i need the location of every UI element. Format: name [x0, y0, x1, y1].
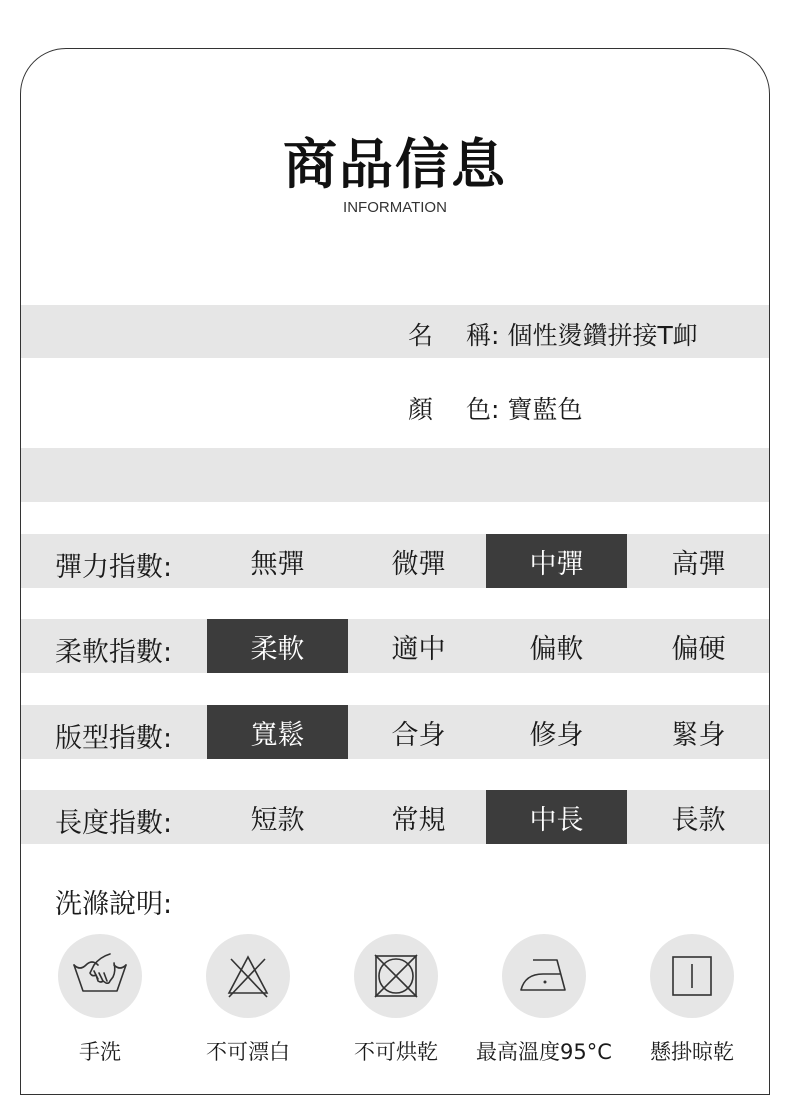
hand-wash-icon: [58, 934, 142, 1018]
fit-option-1: 合身: [348, 705, 489, 759]
line-dry-icon: [650, 934, 734, 1018]
care-label-no-bleach: 不可漂白: [174, 1036, 322, 1066]
care-label-hand-wash: 手洗: [26, 1036, 174, 1066]
length-option-2-selected: 中長: [486, 790, 627, 844]
elasticity-option-2-selected: 中彈: [486, 534, 627, 588]
empty-band: [21, 448, 769, 502]
elasticity-option-1: 微彈: [348, 534, 489, 588]
wash-instructions-title: 洗滌說明:: [55, 882, 172, 921]
color-key-char2: 色:: [466, 390, 499, 426]
care-item-no-tumble-dry: 不可烘乾: [322, 934, 470, 1066]
softness-option-3: 偏硬: [628, 619, 769, 673]
elasticity-option-0: 無彈: [207, 534, 348, 588]
softness-option-1: 適中: [348, 619, 489, 673]
elasticity-label: 彈力指數:: [55, 545, 172, 584]
care-item-line-dry: 懸掛晾乾: [618, 934, 766, 1066]
name-key-char1: 名: [408, 316, 466, 352]
length-label: 長度指數:: [55, 801, 172, 840]
product-color-value: 寶藍色: [507, 395, 582, 424]
product-name-row: 名稱:個性燙鑽拼接T卹: [408, 316, 698, 352]
care-label-iron: 最高溫度95°C: [470, 1036, 618, 1066]
no-bleach-icon: [206, 934, 290, 1018]
iron-icon: [502, 934, 586, 1018]
length-option-1: 常規: [348, 790, 489, 844]
fit-option-0-selected: 寬鬆: [207, 705, 348, 759]
length-option-0: 短款: [207, 790, 348, 844]
softness-option-2: 偏軟: [486, 619, 627, 673]
fit-option-3: 緊身: [628, 705, 769, 759]
care-item-iron: 最高溫度95°C: [470, 934, 618, 1066]
care-label-no-tumble-dry: 不可烘乾: [322, 1036, 470, 1066]
fit-label: 版型指數:: [55, 716, 172, 755]
care-item-hand-wash: 手洗: [26, 934, 174, 1066]
product-name-value: 個性燙鑽拼接T卹: [507, 321, 697, 350]
page-subtitle: INFORMATION: [0, 199, 790, 216]
fit-option-2: 修身: [486, 705, 627, 759]
name-key-char2: 稱:: [466, 316, 499, 352]
length-option-3: 長款: [628, 790, 769, 844]
no-tumble-dry-icon: [354, 934, 438, 1018]
care-item-no-bleach: 不可漂白: [174, 934, 322, 1066]
softness-label: 柔軟指數:: [55, 630, 172, 669]
care-label-line-dry: 懸掛晾乾: [618, 1036, 766, 1066]
softness-option-0-selected: 柔軟: [207, 619, 348, 673]
elasticity-option-3: 高彈: [628, 534, 769, 588]
page-title: 商品信息: [0, 122, 790, 199]
product-color-row: 顏色:寶藍色: [408, 390, 582, 426]
color-key-char1: 顏: [408, 390, 466, 426]
